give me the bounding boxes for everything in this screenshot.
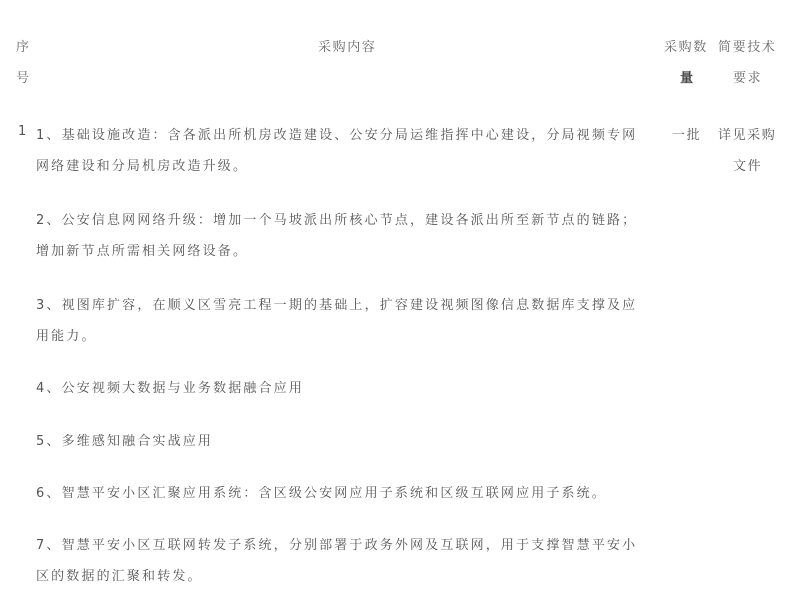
content-item-2-line2: 增加新节点所需相关网络设备。 — [36, 240, 248, 259]
header-seq-line1: 序 — [16, 36, 31, 55]
content-item-4: 4、公安视频大数据与业务数据融合应用 — [36, 377, 304, 396]
header-seq-line2: 号 — [16, 67, 31, 86]
row-quantity: 一批 — [672, 124, 701, 143]
header-content: 采购内容 — [318, 36, 376, 55]
row-requirement-line1: 详见采购 — [718, 124, 776, 143]
content-item-5: 5、多维感知融合实战应用 — [36, 430, 213, 449]
row-requirement-line2: 文件 — [733, 155, 762, 174]
content-item-1-line2: 网络建设和分局机房改造升级。 — [36, 155, 248, 174]
content-item-3-line1: 3、视图库扩容，在顺义区雪亮工程一期的基础上，扩容建设视频图像信息数据库支撑及应 — [36, 294, 637, 313]
header-quantity-line1: 采购数 — [664, 36, 708, 55]
content-item-6: 6、智慧平安小区汇聚应用系统：含区级公安网应用子系统和区级互联网应用子系统。 — [36, 482, 607, 501]
content-item-7-line1: 7、智慧平安小区互联网转发子系统，分别部署于政务外网及互联网，用于支撑智慧平安小 — [36, 534, 637, 553]
content-item-3-line2: 用能力。 — [36, 325, 97, 344]
header-requirement-line2: 要求 — [733, 67, 762, 86]
content-item-2-line1: 2、公安信息网网络升级：增加一个马坡派出所核心节点，建设各派出所至新节点的链路； — [36, 209, 637, 228]
content-item-1-line1: 1、基础设施改造：含各派出所机房改造建设、公安分局运维指挥中心建设，分局视频专网 — [36, 124, 637, 143]
row-seq: 1 — [18, 124, 28, 139]
header-requirement-line1: 简要技术 — [718, 36, 776, 55]
content-item-7-line2: 区的数据的汇聚和转发。 — [36, 565, 203, 584]
header-quantity-line2: 量 — [680, 67, 695, 86]
